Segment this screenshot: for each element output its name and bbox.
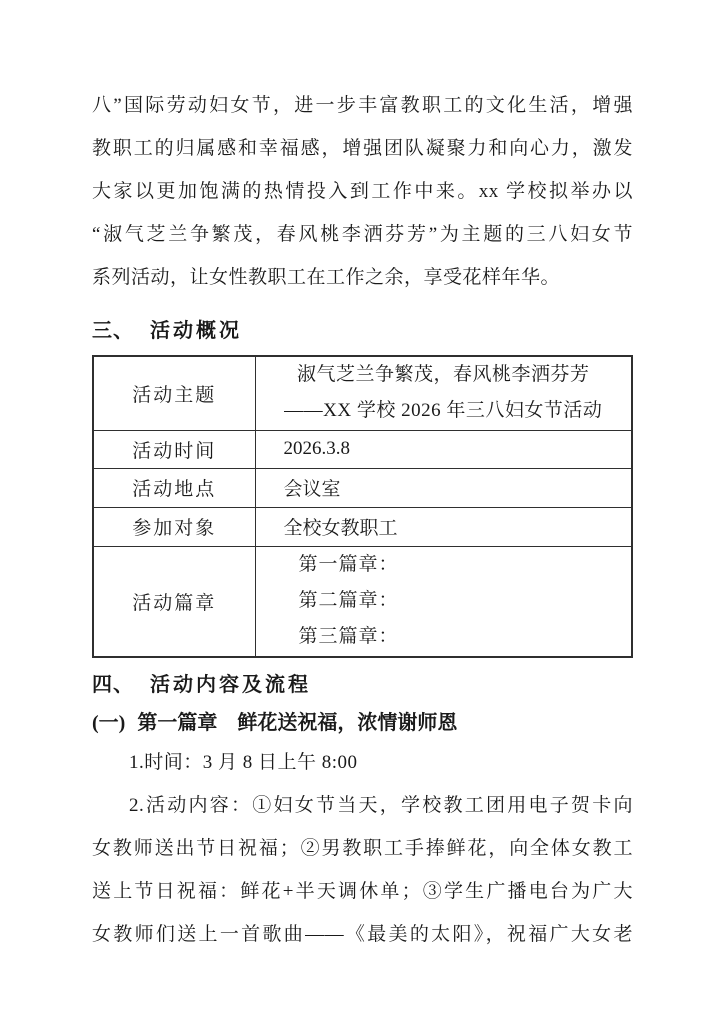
- paragraph-line: “淑气芝兰争繁茂，春风桃李洒芬芳”为主题的三八妇女节: [92, 213, 633, 256]
- chapter-number: (一): [92, 712, 125, 734]
- value-line: ——XX 学校 2026 年三八妇女节活动: [262, 393, 626, 429]
- row-value: 淑气芝兰争繁茂，春风桃李洒芬芳 ——XX 学校 2026 年三八妇女节活动: [255, 356, 632, 430]
- row-label: 活动地点: [93, 468, 255, 507]
- value-line: 第二篇章：: [284, 583, 632, 619]
- value-line: 第一篇章：: [284, 547, 632, 583]
- paragraph-line: 送上节日祝福：鲜花+半天调休单；③学生广播电台为广大: [92, 870, 633, 913]
- paragraph-line: 大家以更加饱满的热情投入到工作中来。xx 学校拟举办以: [92, 170, 633, 213]
- value-line: 淑气芝兰争繁茂，春风桃李洒芬芳: [262, 357, 626, 393]
- section-title: 活动概况: [150, 320, 242, 342]
- row-value: 会议室: [255, 468, 632, 507]
- row-label: 活动篇章: [93, 546, 255, 657]
- page-content: 八”国际劳动妇女节，进一步丰富教职工的文化生活，增强 教职工的归属感和幸福感，增…: [92, 84, 633, 956]
- row-value: 2026.3.8: [255, 430, 632, 468]
- row-value: 全校女教职工: [255, 507, 632, 546]
- document-page: 八”国际劳动妇女节，进一步丰富教职工的文化生活，增强 教职工的归属感和幸福感，增…: [0, 0, 724, 1024]
- row-label: 活动时间: [93, 430, 255, 468]
- table-row-participants: 参加对象 全校女教职工: [93, 507, 632, 546]
- paragraph-line: 女教师送出节日祝福；②男教职工手捧鲜花，向全体女教工: [92, 827, 633, 870]
- value-line: 第三篇章：: [284, 619, 632, 655]
- intro-paragraph: 八”国际劳动妇女节，进一步丰富教职工的文化生活，增强 教职工的归属感和幸福感，增…: [92, 84, 633, 299]
- paragraph-line: 女教师们送上一首歌曲——《最美的太阳》，祝福广大女老: [92, 913, 633, 956]
- paragraph-line: 教职工的归属感和幸福感，增强团队凝聚力和向心力，激发: [92, 127, 633, 170]
- section-number: 三、: [92, 320, 134, 342]
- section-title: 活动内容及流程: [150, 674, 311, 696]
- row-label: 参加对象: [93, 507, 255, 546]
- table-row-theme: 活动主题 淑气芝兰争繁茂，春风桃李洒芬芳 ——XX 学校 2026 年三八妇女节…: [93, 356, 632, 430]
- section-heading-overview: 三、活动概况: [92, 311, 633, 351]
- chapter1-time-line: 1.时间：3 月 8 日上午 8:00: [92, 742, 633, 784]
- chapter-title: 第一篇章 鲜花送祝福，浓情谢师恩: [137, 712, 457, 734]
- chapter1-heading: (一)第一篇章 鲜花送祝福，浓情谢师恩: [92, 704, 633, 742]
- table-row-place: 活动地点 会议室: [93, 468, 632, 507]
- section-number: 四、: [92, 674, 134, 696]
- table-row-time: 活动时间 2026.3.8: [93, 430, 632, 468]
- paragraph-line: 系列活动，让女性教职工在工作之余，享受花样年华。: [92, 256, 633, 299]
- row-value: 第一篇章： 第二篇章： 第三篇章：: [255, 546, 632, 657]
- table-row-chapters: 活动篇章 第一篇章： 第二篇章： 第三篇章：: [93, 546, 632, 657]
- section-heading-contents: 四、活动内容及流程: [92, 666, 633, 704]
- row-label: 活动主题: [93, 356, 255, 430]
- paragraph-line: 八”国际劳动妇女节，进一步丰富教职工的文化生活，增强: [92, 84, 633, 127]
- paragraph-line: 2.活动内容：①妇女节当天，学校教工团用电子贺卡向: [92, 784, 633, 827]
- chapter1-content-paragraph: 2.活动内容：①妇女节当天，学校教工团用电子贺卡向 女教师送出节日祝福；②男教职…: [92, 784, 633, 956]
- overview-table: 活动主题 淑气芝兰争繁茂，春风桃李洒芬芳 ——XX 学校 2026 年三八妇女节…: [92, 355, 633, 658]
